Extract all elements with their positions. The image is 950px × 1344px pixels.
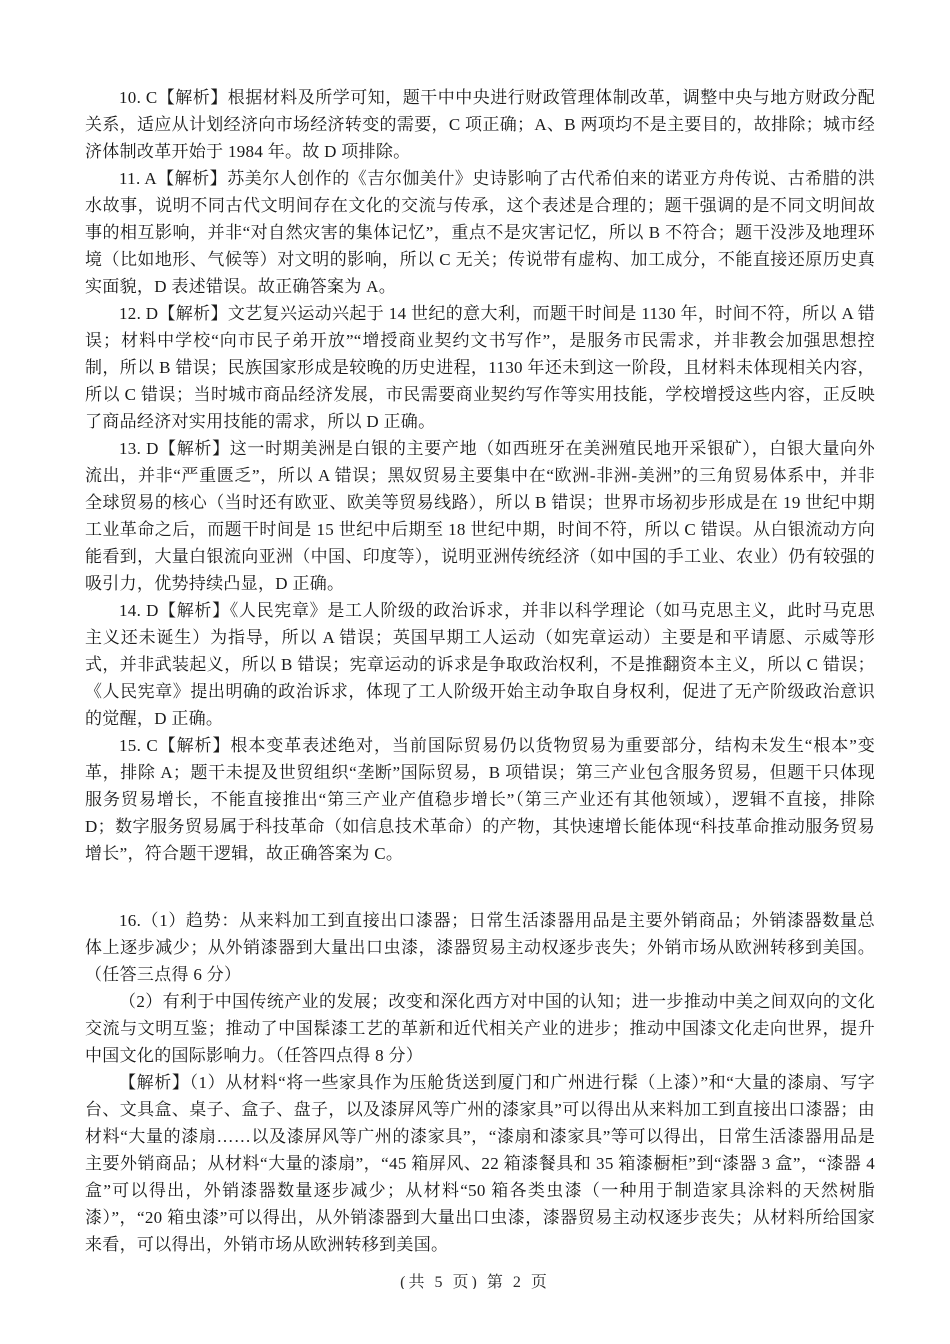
explanation-paragraph-q10: 10. C【解析】根据材料及所学可知，题干中中央进行财政管理体制改革，调整中央与… (85, 84, 875, 165)
page-number-label: (共 5 页) 第 2 页 (400, 1274, 550, 1289)
explanation-paragraph-q13: 13. D【解析】这一时期美洲是白银的主要产地（如西班牙在美洲殖民地开采银矿），… (85, 435, 875, 597)
answer-paragraph-q16-part1: 16.（1）趋势：从来料加工到直接出口漆器；日常生活漆器用品是主要外销商品；外销… (85, 907, 875, 988)
explanation-paragraph-q12: 12. D【解析】文艺复兴运动兴起于 14 世纪的意大利，而题干时间是 1130… (85, 300, 875, 435)
explanation-paragraph-q15: 15. C【解析】根本变革表述绝对，当前国际贸易仍以货物贸易为重要部分，结构未发… (85, 732, 875, 867)
explanation-paragraph-q14: 14. D【解析】《人民宪章》是工人阶级的政治诉求，并非以科学理论（如马克思主义… (85, 597, 875, 732)
explanation-paragraph-q16: 【解析】（1）从材料“将一些家具作为压舱货送到厦门和广州进行髹（上漆）”和“大量… (85, 1069, 875, 1258)
document-page: 10. C【解析】根据材料及所学可知，题干中中央进行财政管理体制改革，调整中央与… (0, 0, 950, 1344)
page-footer: (共 5 页) 第 2 页 (0, 1272, 950, 1289)
answer-paragraph-q16-part2: （2）有利于中国传统产业的发展；改变和深化西方对中国的认知；进一步推动中美之间双… (85, 988, 875, 1069)
answer-key-body: 10. C【解析】根据材料及所学可知，题干中中央进行财政管理体制改革，调整中央与… (85, 84, 875, 1258)
explanation-paragraph-q11: 11. A【解析】苏美尔人创作的《吉尔伽美什》史诗影响了古代希伯来的诺亚方舟传说… (85, 165, 875, 300)
